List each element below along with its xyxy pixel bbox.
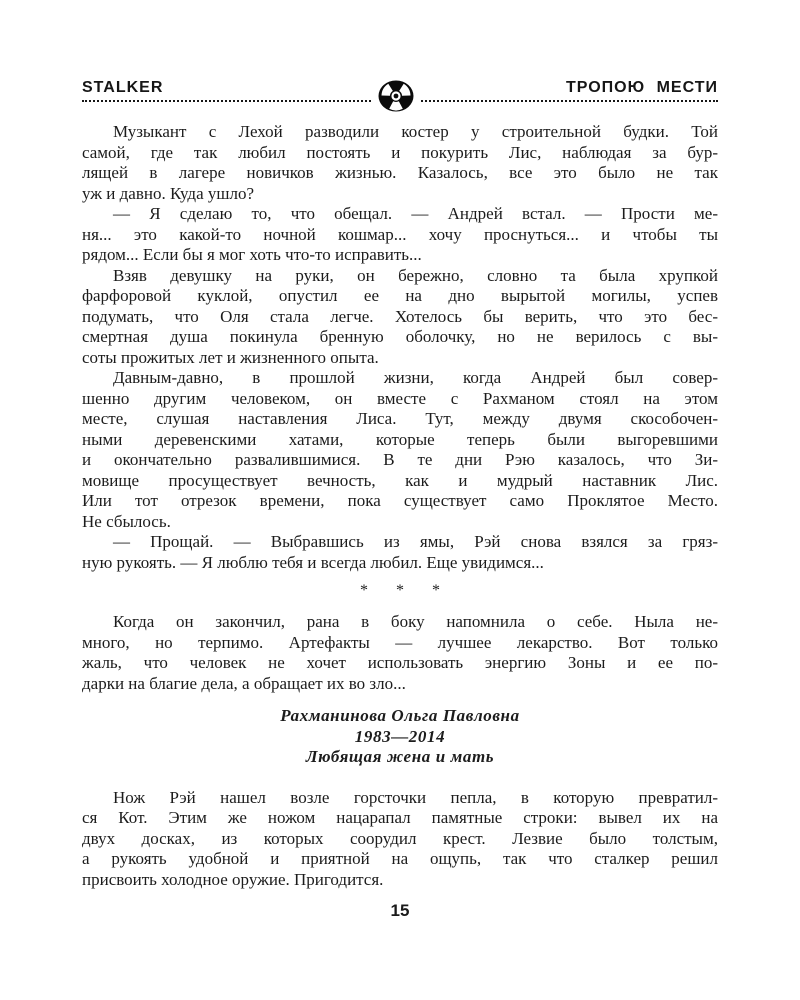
paragraph: — Я сделаю то, что обещал. — Андрей вста…	[82, 204, 718, 266]
text-line: — Прощай. — Выбравшись из ямы, Рэй снова…	[82, 532, 718, 553]
text-line: и окончательно развалившимися. В те дни …	[82, 450, 718, 471]
text-line: двух досках, из которых соорудил крест. …	[82, 829, 718, 850]
text-line: месте, слушая наставления Лиса. Тут, меж…	[82, 409, 718, 430]
text-line: присвоить холодное оружие. Пригодится.	[82, 870, 718, 891]
epitaph-block: Рахманинова Ольга Павловна1983—2014Любящ…	[82, 706, 718, 768]
text-line: самой, где так любил постоять и покурить…	[82, 143, 718, 164]
paragraph: Взяв девушку на руки, он бережно, словно…	[82, 266, 718, 369]
text-line: 1983—2014	[82, 727, 718, 748]
text-line: рядом... Если бы я мог хоть что-то испра…	[82, 245, 718, 266]
text-body: Музыкант с Лехой разводили костер у стро…	[82, 122, 718, 890]
text-line: много, но терпимо. Артефакты — лучшее ле…	[82, 633, 718, 654]
text-line: ся Кот. Этим же ножом нацарапал памятные…	[82, 808, 718, 829]
text-line: подумать, что Оля стала легче. Хотелось …	[82, 307, 718, 328]
text-line: Любящая жена и мать	[82, 747, 718, 768]
series-title: STALKER	[82, 79, 163, 96]
text-line: Рахманинова Ольга Павловна	[82, 706, 718, 727]
text-line: Музыкант с Лехой разводили костер у стро…	[82, 122, 718, 143]
paragraph: Давным-давно, в прошлой жизни, когда Анд…	[82, 368, 718, 532]
text-line: Давным-давно, в прошлой жизни, когда Анд…	[82, 368, 718, 389]
text-line: мовище просуществует вечность, как и муд…	[82, 471, 718, 492]
paragraph: Нож Рэй нашел возле горсточки пепла, в к…	[82, 788, 718, 891]
text-line: Нож Рэй нашел возле горсточки пепла, в к…	[82, 788, 718, 809]
text-line: уж и давно. Куда ушло?	[82, 184, 718, 205]
text-line: шенно другим человеком, он вместе с Рахм…	[82, 389, 718, 410]
text-line: Когда он закончил, рана в боку напомнила…	[82, 612, 718, 633]
text-line: ную рукоять. — Я люблю тебя и всегда люб…	[82, 553, 718, 574]
text-line: Или тот отрезок времени, пока существует…	[82, 491, 718, 512]
text-line: — Я сделаю то, что обещал. — Андрей вста…	[82, 204, 718, 225]
radiation-icon	[371, 80, 421, 112]
page-header: STALKER ТРОПОЮ МЕСТИ	[82, 79, 718, 102]
section-separator: * * *	[82, 581, 718, 601]
text-line: дарки на благие дела, а обращает их во з…	[82, 674, 718, 695]
text-line: ными деревенскими хатами, которые теперь…	[82, 430, 718, 451]
paragraph: Когда он закончил, рана в боку напомнила…	[82, 612, 718, 694]
page-number: 15	[0, 901, 800, 921]
text-line: жаль, что человек не хочет использовать …	[82, 653, 718, 674]
text-line: лящей в лагере новичков жизнью. Казалось…	[82, 163, 718, 184]
book-title: ТРОПОЮ МЕСТИ	[566, 79, 718, 96]
text-line: фарфоровой куклой, опустил ее на дно выр…	[82, 286, 718, 307]
text-line: а рукоять удобной и приятной на ощупь, т…	[82, 849, 718, 870]
text-line: смертная душа покинула бренную оболочку,…	[82, 327, 718, 348]
text-line: соты прожитых лет и жизненного опыта.	[82, 348, 718, 369]
book-page: STALKER ТРОПОЮ МЕСТИ Музыкант с Лехой ра…	[0, 0, 800, 1000]
text-line: Не сбылось.	[82, 512, 718, 533]
text-line: ня... это какой-то ночной кошмар... хочу…	[82, 225, 718, 246]
paragraph: — Прощай. — Выбравшись из ямы, Рэй снова…	[82, 532, 718, 573]
text-line: Взяв девушку на руки, он бережно, словно…	[82, 266, 718, 287]
paragraph: Музыкант с Лехой разводили костер у стро…	[82, 122, 718, 204]
